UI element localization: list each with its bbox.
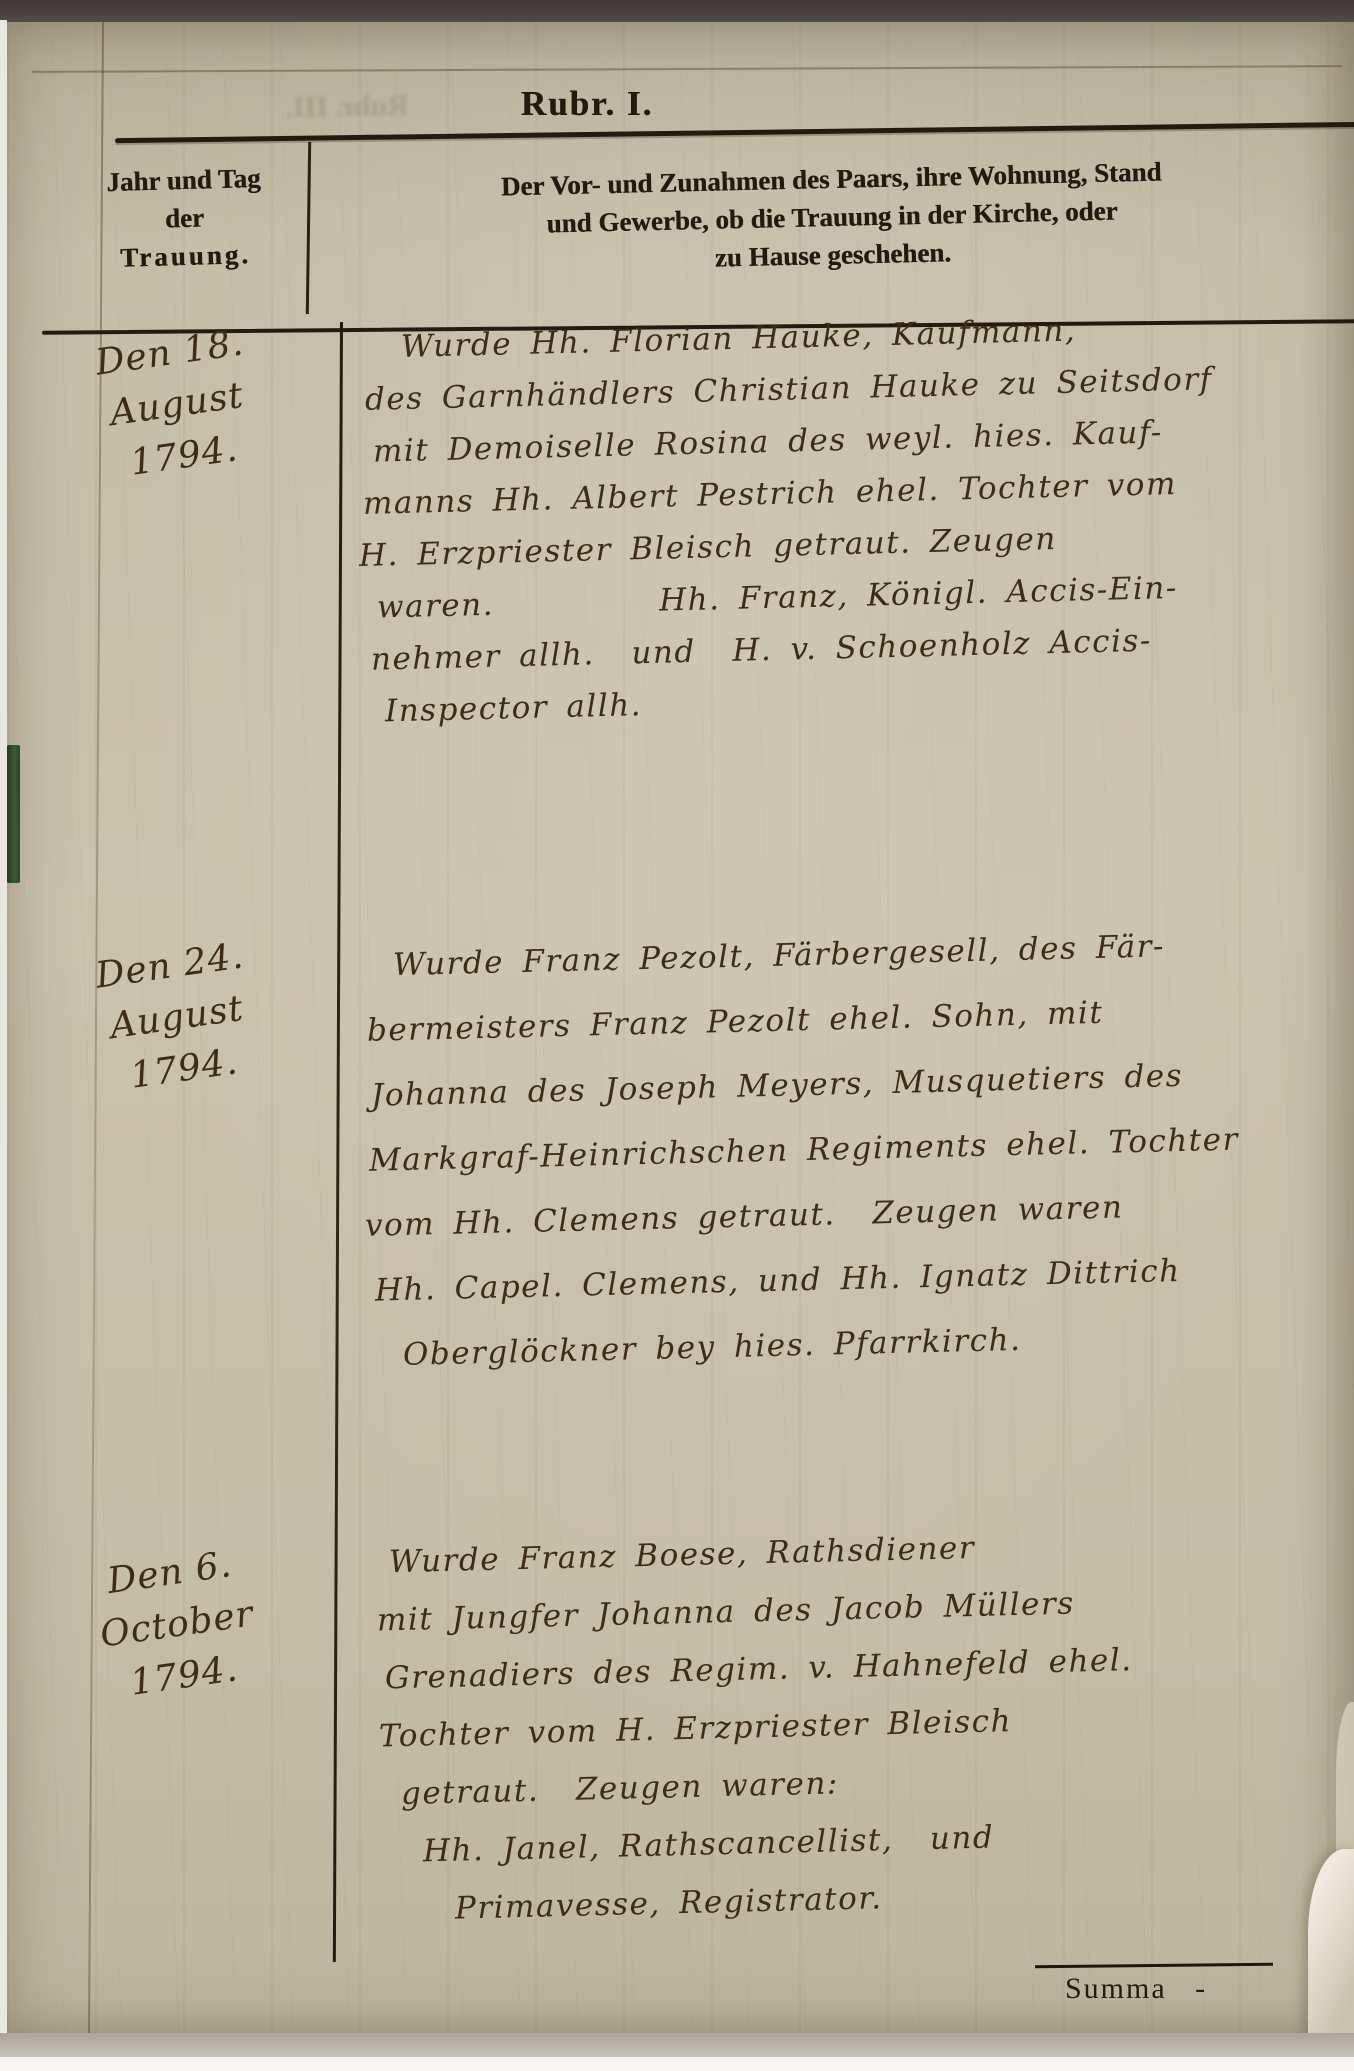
entry-2-date: Den 24. August 1794. [28,921,327,1114]
column-header-date: Jahr und Tag der Trauung. [60,159,308,278]
column-header-date-line: der [62,197,308,240]
column-header-date-line: Trauung. [63,235,309,278]
entry-2-text: Wurde Franz Pezolt, Färbergesell, des Fä… [359,934,1354,1389]
paper-fold-line [32,65,1342,73]
table-column-divider [333,322,343,1962]
scan-bottom-gray-strip [0,2033,1354,2057]
page-rubric-title: Rubr. I. [467,84,707,124]
bookmark-ribbon [7,745,20,883]
header-rule [115,122,1354,143]
entry-1-date: Den 18. August 1794. [28,308,327,501]
scan-bottom-white-strip [0,2057,1354,2071]
summa-label: Summa - [1065,1972,1325,2006]
entry-1-text: Wurde Hh. Florian Hauke, Kaufmann, des G… [359,322,1354,738]
entry-3-text: Wurde Franz Boese, Rathsdiener mit Jungf… [359,1534,1354,1940]
column-header-details: Der Vor- und Zunahmen des Paars, ihre Wo… [326,149,1338,286]
book-page: Rubr. III. Rubr. I. Jahr und Tag der Tra… [7,22,1354,2035]
scan-left-margin [0,20,7,2040]
scanned-register-page: Rubr. III. Rubr. I. Jahr und Tag der Tra… [0,0,1354,2071]
entry-3-date: Den 6. October 1794. [28,1528,327,1721]
rubric-bleedthrough-text: Rubr. III. [217,88,478,127]
column-header-date-line: Jahr und Tag [60,159,306,202]
summa-rule [1035,1963,1273,1968]
header-column-divider [306,142,311,314]
